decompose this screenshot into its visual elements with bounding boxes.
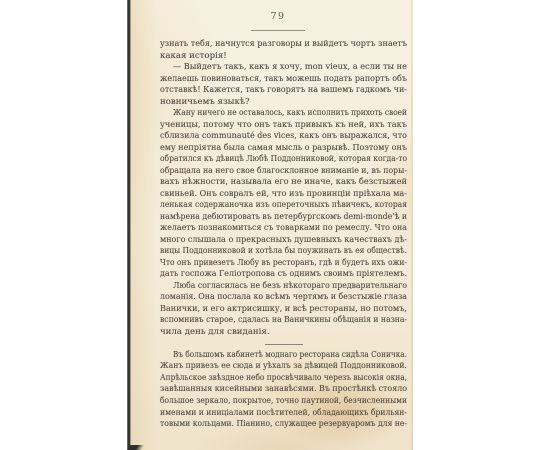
text-line-content: Въ большомъ кабинетѣ моднаго ресторана с… bbox=[173, 350, 407, 362]
text-line-content: — Выйдетъ такъ, какъ я хочу, mon vieux, … bbox=[173, 62, 407, 74]
text-line: вицы Поддонниковой и хотѣла бы поужинать… bbox=[160, 246, 407, 258]
text-line bbox=[160, 338, 407, 350]
scan-background: 79 узнать тебя, начнутся разговоры и вый… bbox=[0, 0, 550, 450]
text-line: Ванички, и его актрисишку, и всѣ рестора… bbox=[160, 304, 407, 316]
text-line-content: вицы Поддонниковой и хотѣла бы поужинать… bbox=[160, 246, 407, 258]
text-line-content: товыми кольцами. Піанино, служащее резер… bbox=[160, 419, 407, 431]
book-bottom-corner-shadow bbox=[127, 445, 144, 450]
text-line-content: отставкѣ! Кажется, такъ говорятъ на ваше… bbox=[160, 85, 407, 97]
page-number: 79 bbox=[270, 11, 285, 22]
text-line-content: намѣрена дебютировать въ петербургскомъ … bbox=[160, 212, 407, 224]
text-line: какая исторія! bbox=[160, 51, 407, 63]
text-line: ленькая содержаночка изъ опереточныхъ пѣ… bbox=[160, 200, 407, 212]
text-line: узнать тебя, начнутся разговоры и выйдет… bbox=[160, 39, 407, 51]
text-line-content: вспомнивъ старое, сдалась на Ваничкины о… bbox=[160, 315, 407, 327]
text-line-content: большое зеркало, покрытое, точно паутино… bbox=[160, 396, 407, 408]
text-line: отставкѣ! Кажется, такъ говорятъ на ваше… bbox=[160, 85, 407, 97]
text-line: сблизила communauté des vices, какъ онъ … bbox=[160, 131, 407, 143]
text-line: чила день для свиданія. bbox=[160, 327, 407, 339]
book-page: 79 узнать тебя, начнутся разговоры и вый… bbox=[127, 0, 413, 450]
text-line-content: узнать тебя, начнутся разговоры и выйдет… bbox=[160, 39, 407, 51]
page-number-rule bbox=[251, 30, 305, 31]
text-line: товыми кольцами. Піанино, служащее резер… bbox=[160, 419, 407, 431]
text-line: свиньей. Онъ совралъ ей, что изъ провинц… bbox=[160, 189, 407, 201]
text-line-content: много слышала о прекрасныхъ душевныхъ ка… bbox=[160, 235, 407, 247]
text-line-content: какая исторія! bbox=[160, 51, 227, 63]
text-line: большое зеркало, покрытое, точно паутино… bbox=[160, 396, 407, 408]
text-line-content: ленькая содержаночка изъ опереточныхъ пѣ… bbox=[160, 200, 407, 212]
text-line: именами и иниціалами посѣтителей, облада… bbox=[160, 408, 407, 420]
text-line: — Выйдетъ такъ, какъ я хочу, mon vieux, … bbox=[160, 62, 407, 74]
text-line: дать госпожа Геліотропова съ однимъ свои… bbox=[160, 269, 407, 281]
text-line-content: ломанія. Она послала ко всѣмъ чертямъ и … bbox=[160, 292, 407, 304]
text-line-content: именами и иниціалами посѣтителей, облада… bbox=[160, 408, 407, 420]
text-line-content: чила день для свиданія. bbox=[160, 327, 270, 339]
text-line-content: желаетъ познакомиться съ товарками по ре… bbox=[160, 223, 407, 235]
text-line: желаешь повиноваться, такъ можешь подать… bbox=[160, 74, 407, 86]
text-line: Жану ничего не оставалось, какъ исполнит… bbox=[160, 108, 407, 120]
text-line-content: дать госпожа Геліотропова съ однимъ свои… bbox=[160, 269, 407, 281]
text-line-content: новничьемъ языкѣ? bbox=[160, 97, 250, 109]
text-line-content: ученицы, потому что онъ такъ привыкъ къ … bbox=[160, 120, 407, 132]
text-line: ему непріятна была самая мысль о разрывѣ… bbox=[160, 143, 407, 155]
text-line-content: Жану ничего не оставалось, какъ исполнит… bbox=[173, 108, 407, 120]
text-line: вахъ нѣжности, называла его не иначе, ка… bbox=[160, 177, 407, 189]
text-line: обращала на него свое благосклонное вним… bbox=[160, 166, 407, 178]
text-line: Что онъ привезетъ Любу въ ресторанъ, гдѣ… bbox=[160, 258, 407, 270]
text-line: много слышала о прекрасныхъ душевныхъ ка… bbox=[160, 235, 407, 247]
text-line-content: Апрѣльское звѣздное небо просвѣчивало че… bbox=[160, 373, 407, 385]
text-line-content: обращала на него свое благосклонное вним… bbox=[160, 166, 407, 178]
text-line: ломанія. Она послала ко всѣмъ чертямъ и … bbox=[160, 292, 407, 304]
text-line: ученицы, потому что онъ такъ привыкъ къ … bbox=[160, 120, 407, 132]
text-line-content: ему непріятна была самая мысль о разрывѣ… bbox=[160, 143, 407, 155]
text-line-content: Ванички, и его актрисишку, и всѣ рестора… bbox=[160, 304, 407, 316]
text-line: вспомнивъ старое, сдалась на Ваничкины о… bbox=[160, 315, 407, 327]
text-line-content: желаешь повиноваться, такъ можешь подать… bbox=[160, 74, 407, 86]
section-divider-rule bbox=[265, 344, 303, 345]
text-line-content: свиньей. Онъ совралъ ей, что изъ провинц… bbox=[160, 189, 407, 201]
text-line: намѣрена дебютировать въ петербургскомъ … bbox=[160, 212, 407, 224]
text-block: узнать тебя, начнутся разговоры и выйдет… bbox=[160, 39, 407, 431]
text-line-content: Что онъ привезетъ Любу въ ресторанъ, гдѣ… bbox=[160, 258, 407, 270]
page-right-edge bbox=[411, 0, 413, 450]
text-line-content: обратился къ дѣвицѣ Любѣ Поддонниковой, … bbox=[160, 154, 407, 166]
text-line: новничьемъ языкѣ? bbox=[160, 97, 407, 109]
text-line: Апрѣльское звѣздное небо просвѣчивало че… bbox=[160, 373, 407, 385]
text-line: Люба согласилась не безъ нѣкотораго пред… bbox=[160, 281, 407, 293]
text-line-content: Жанъ привезъ ее сюда и уѣхалъ за дѣвицей… bbox=[160, 361, 407, 373]
text-line: завѣшанныя кисейными занавѣсями. Въ прос… bbox=[160, 384, 407, 396]
text-line: Въ большомъ кабинетѣ моднаго ресторана с… bbox=[160, 350, 407, 362]
book-left-edge-shadow bbox=[127, 0, 131, 450]
text-line: Жанъ привезъ ее сюда и уѣхалъ за дѣвицей… bbox=[160, 361, 407, 373]
text-line-content: Люба согласилась не безъ нѣкотораго пред… bbox=[173, 281, 407, 293]
text-line-content: вахъ нѣжности, называла его не иначе, ка… bbox=[160, 177, 407, 189]
text-line: желаетъ познакомиться съ товарками по ре… bbox=[160, 223, 407, 235]
text-line-content: завѣшанныя кисейными занавѣсями. Въ прос… bbox=[160, 384, 407, 396]
text-line-content: сблизила communauté des vices, какъ онъ … bbox=[160, 131, 407, 143]
text-line: обратился къ дѣвицѣ Любѣ Поддонниковой, … bbox=[160, 154, 407, 166]
